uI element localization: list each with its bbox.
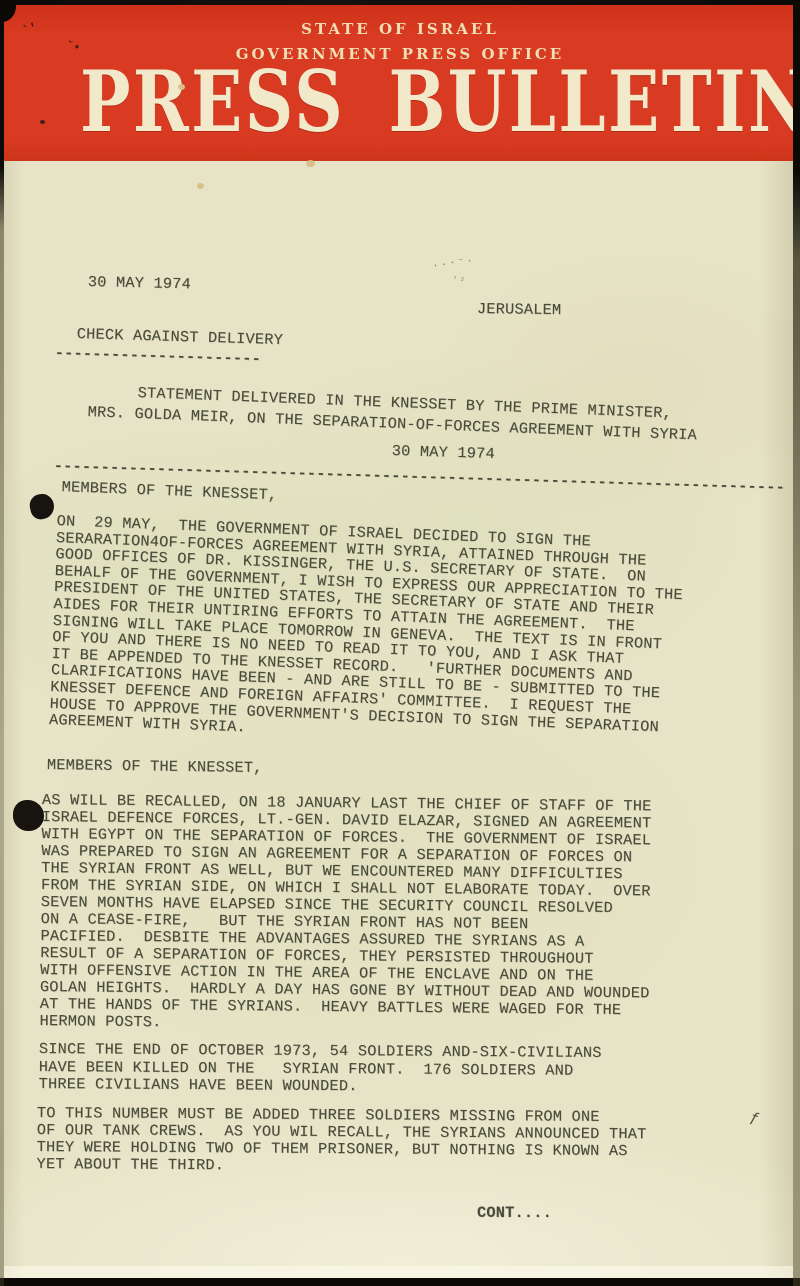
paper-bottom-highlight (4, 1266, 793, 1278)
pencil-smudge: ʹ² (452, 275, 468, 286)
scan-edge-right (793, 0, 800, 1286)
statement-title-date: 30 MAY 1974 (391, 443, 495, 463)
paper-chip (178, 84, 185, 90)
pencil-smudge: ··⋅⁻· (431, 253, 476, 273)
paragraph-4: TO THIS NUMBER MUST BE ADDED THREE SOLDI… (37, 1105, 647, 1177)
date-stamp: 30 MAY 1974 (88, 274, 192, 293)
scan-edge-top (0, 0, 800, 5)
ink-squiggle-icon: ƒ (748, 1109, 762, 1128)
pen-mark-icon: ˘• (65, 39, 82, 56)
paragraph-3: SINCE THE END OF OCTOBER 1973, 54 SOLDIE… (39, 1041, 602, 1097)
press-bulletin-page: STATE OF ISRAEL GOVERNMENT PRESS OFFICE … (0, 0, 800, 1286)
check-delivery-underline: ---------------------- (54, 345, 261, 368)
scan-edge-left (0, 0, 4, 1286)
city-stamp: JERUSALEM (477, 301, 562, 319)
scan-edge-bottom (0, 1278, 800, 1286)
salutation: MEMBERS OF THE KNESSET, (61, 479, 277, 504)
ink-blot-icon (28, 492, 57, 521)
masthead: STATE OF ISRAEL GOVERNMENT PRESS OFFICE … (0, 0, 800, 161)
ink-blot-icon (13, 800, 44, 831)
continuation-label: CONT.... (477, 1205, 552, 1222)
paper-chip (197, 183, 204, 189)
masthead-state-line: STATE OF ISRAEL (0, 20, 800, 38)
bulletin-title: PRESS BULLETIN (80, 52, 720, 151)
paper-chip (40, 120, 45, 124)
paragraph-1: ON 29 MAY, THE GOVERNMENT OF ISRAEL DECI… (49, 513, 685, 753)
paragraph-2: AS WILL BE RECALLED, ON 18 JANUARY LAST … (40, 792, 652, 1036)
salutation: MEMBERS OF THE KNESSET, (47, 757, 263, 777)
paper-chip (306, 160, 315, 167)
